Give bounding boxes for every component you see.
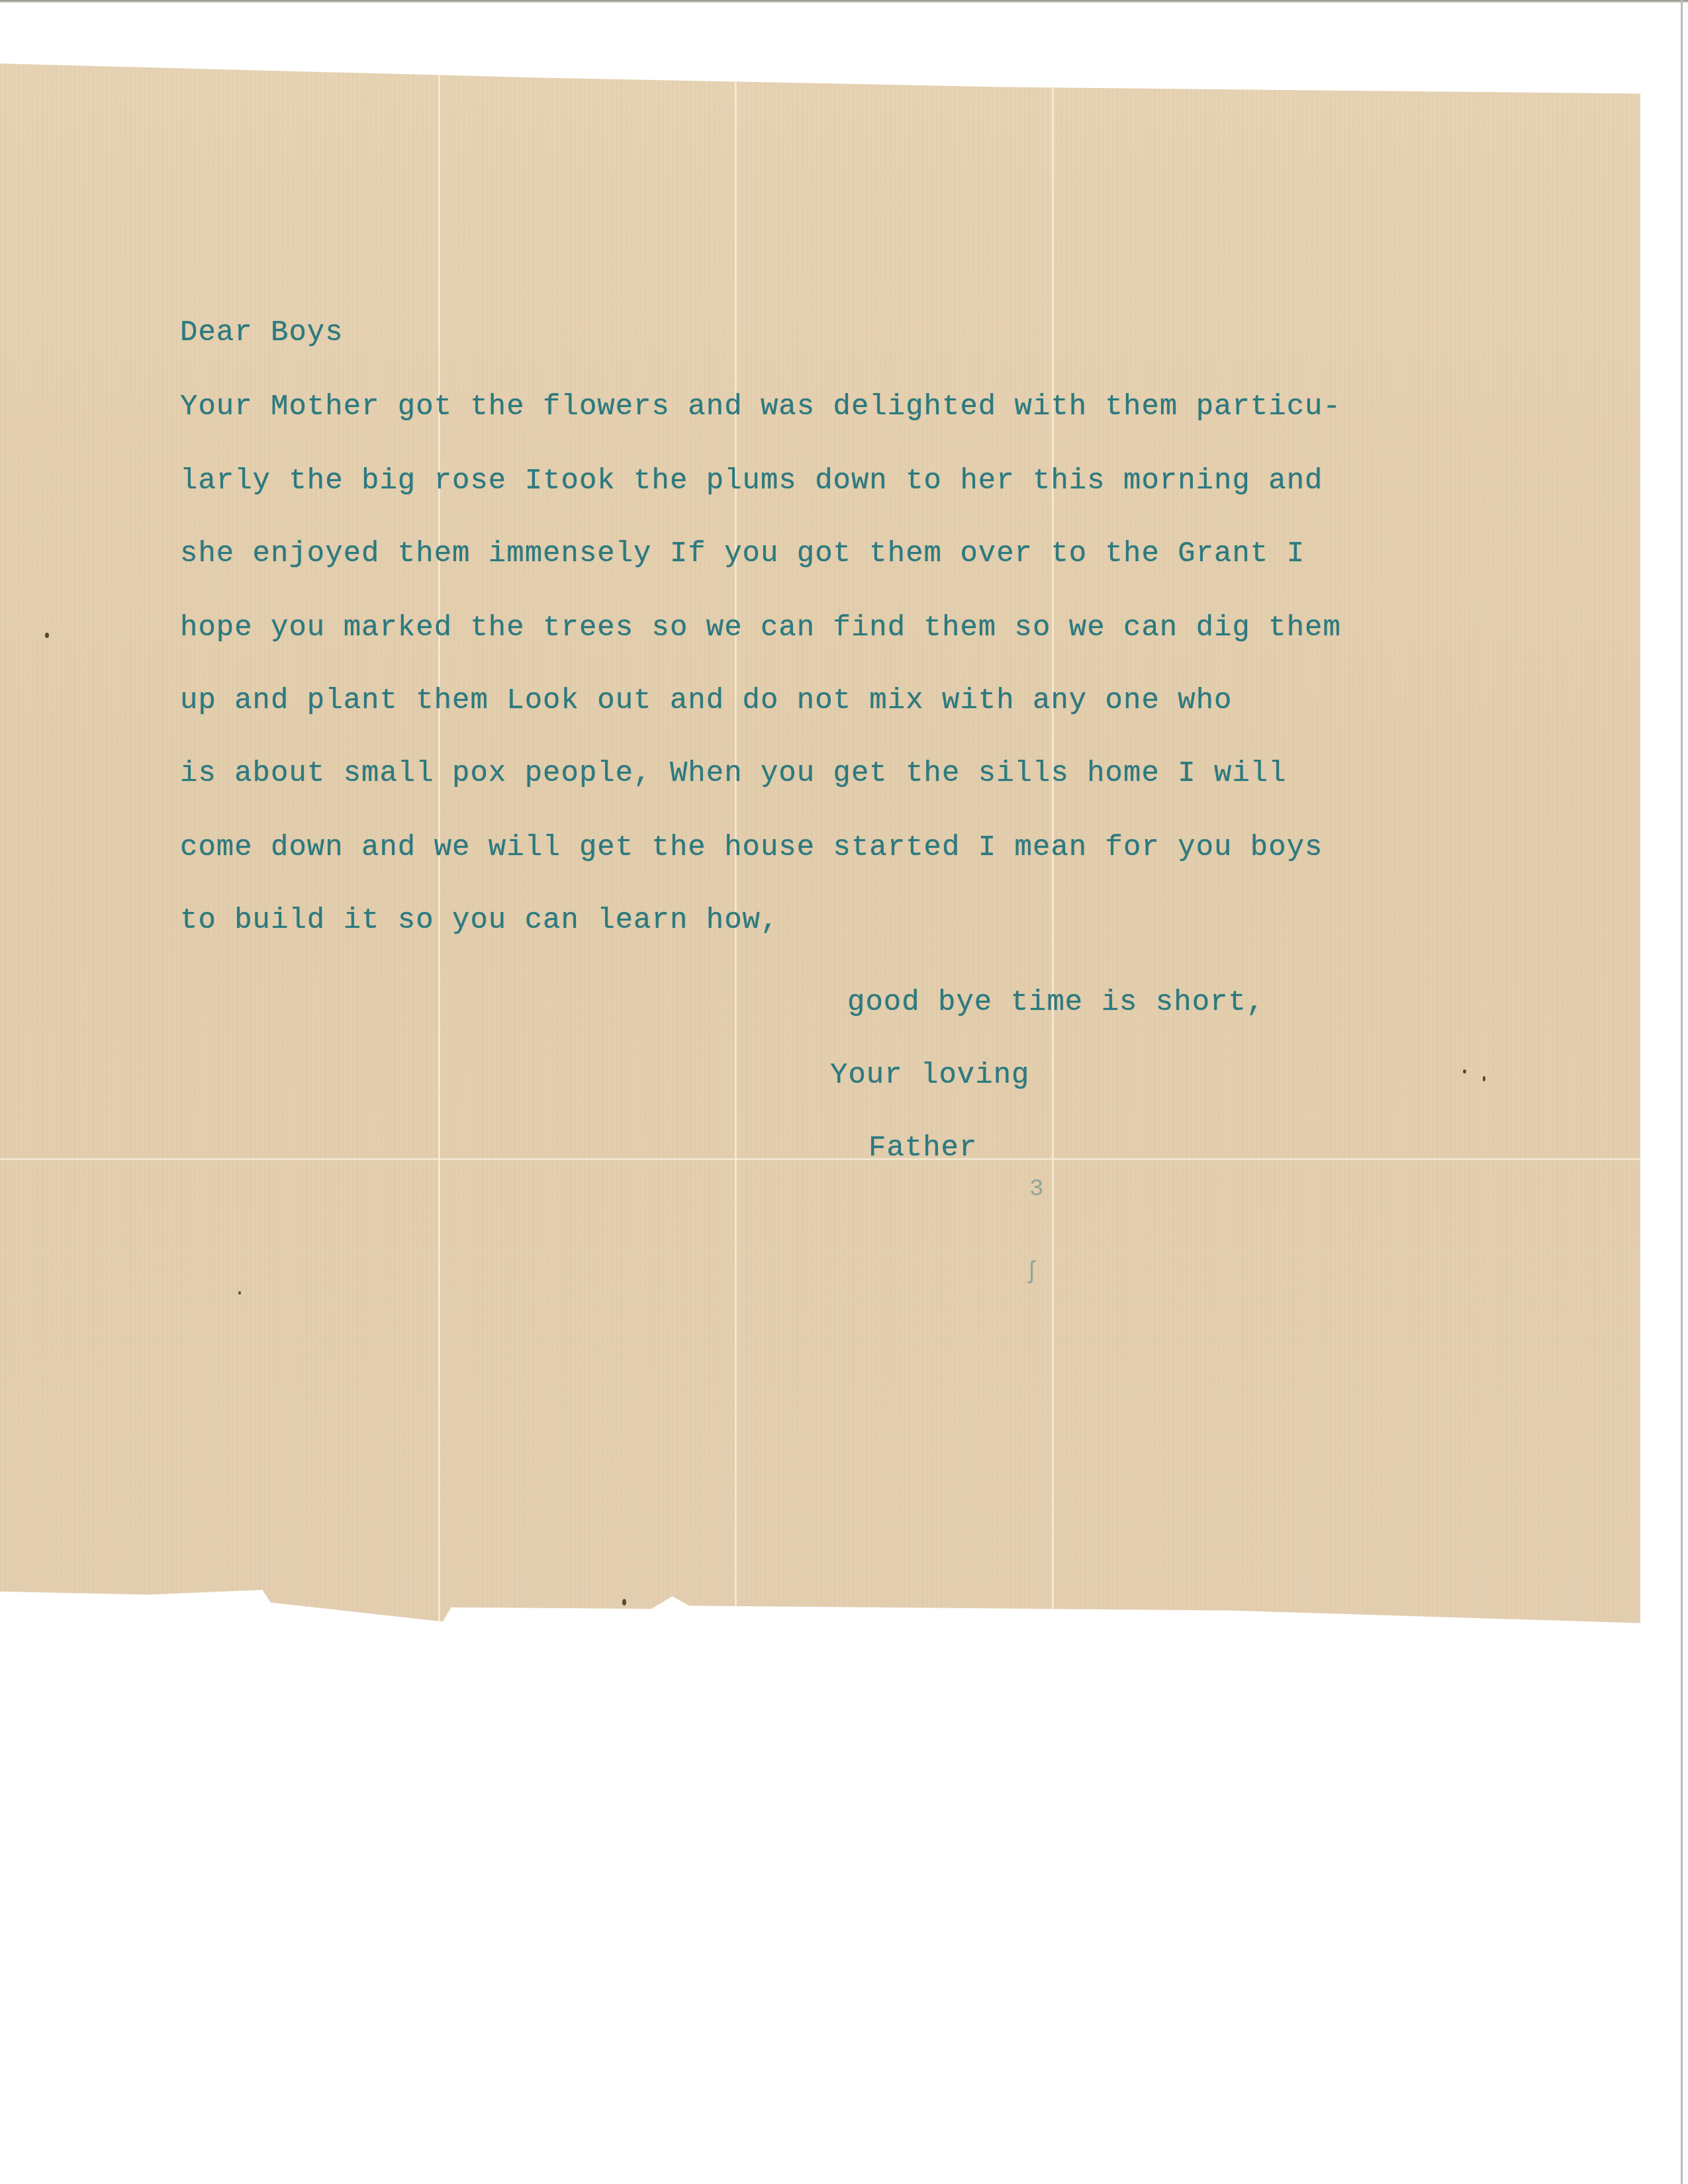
body-line-7: come down and we will get the house star… — [180, 831, 1323, 864]
body-line-3: she enjoyed them immensely If you got th… — [180, 537, 1305, 570]
stray-ink-mark: 3 — [1029, 1175, 1044, 1203]
body-line-4: hope you marked the trees so we can find… — [180, 612, 1341, 645]
body-line-2: larly the big rose Itook the plums down … — [180, 465, 1323, 498]
paper-speck — [45, 633, 49, 638]
signature: Father — [868, 1132, 977, 1165]
horizontal-fold-line — [0, 1158, 1640, 1160]
paper-speck — [622, 1599, 626, 1606]
body-line-6: is about small pox people, When you get … — [180, 757, 1287, 790]
closing-your-loving: Your loving — [830, 1059, 1029, 1092]
scan-right-rule — [1681, 0, 1683, 2184]
paper-speck — [1483, 1076, 1485, 1081]
scan-top-border — [0, 0, 1688, 3]
salutation: Dear Boys — [180, 316, 344, 349]
body-line-1: Your Mother got the flowers and was deli… — [180, 390, 1341, 424]
paper-speck — [238, 1291, 241, 1295]
paper-speck — [38, 1625, 42, 1635]
paper-speck — [1463, 1069, 1466, 1073]
body-line-5: up and plant them Look out and do not mi… — [180, 684, 1232, 717]
body-line-8: to build it so you can learn how, — [180, 904, 778, 937]
stray-ink-mark: ʃ — [1025, 1258, 1039, 1285]
closing-farewell: good bye time is short, — [847, 986, 1264, 1019]
